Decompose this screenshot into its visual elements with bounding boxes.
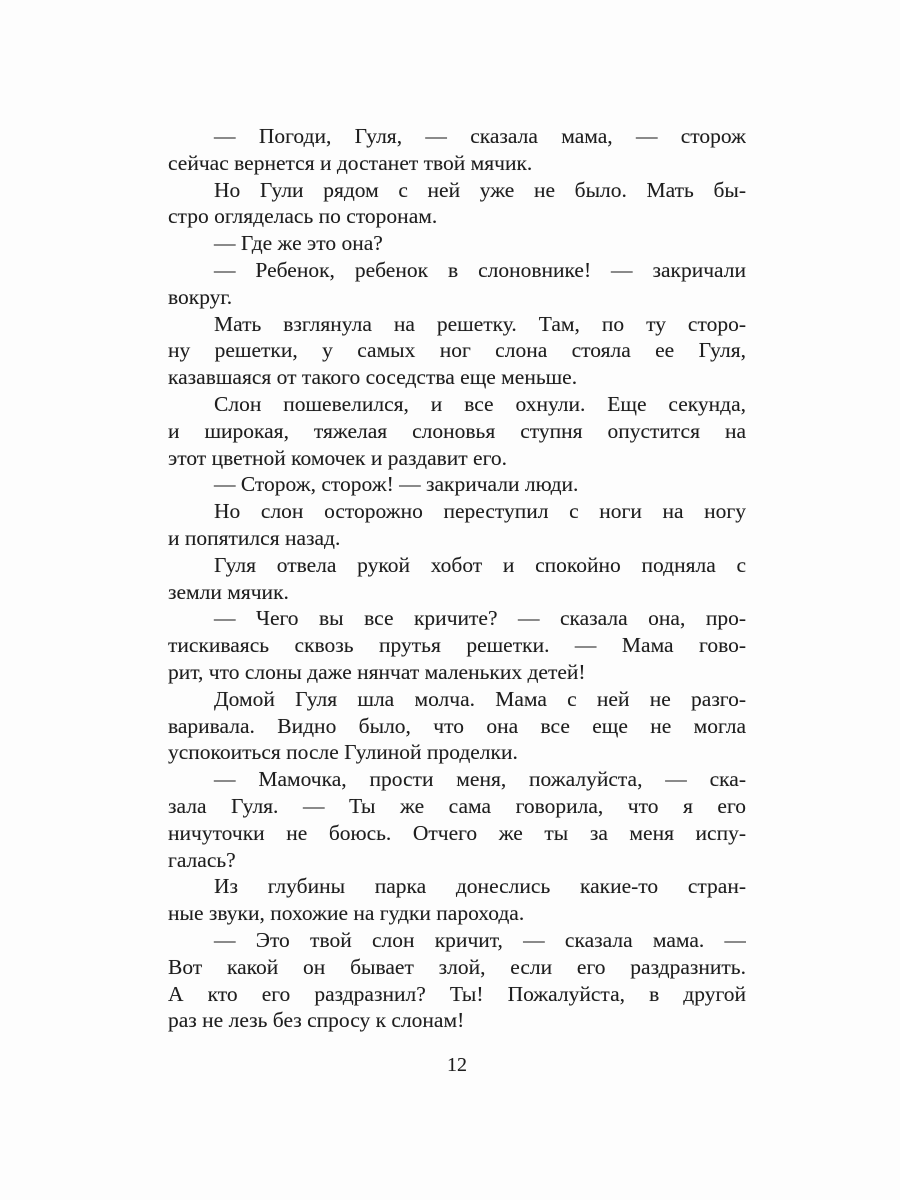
- text-line: — Ребенок, ребенок в слоновнике! — закри…: [168, 257, 746, 284]
- text-line: ные звуки, похожие на гудки парохода.: [168, 900, 746, 927]
- text-line: Вот какой он бывает злой, если его раздр…: [168, 954, 746, 981]
- text-line: А кто его раздразнил? Ты! Пожалуйста, в …: [168, 981, 746, 1008]
- text-line: — Где же это она?: [168, 230, 746, 257]
- text-line: казавшаяся от такого соседства еще меньш…: [168, 364, 746, 391]
- page-number: 12: [168, 1052, 746, 1078]
- book-page: — Погоди, Гуля, — сказала мама, — сторож…: [0, 0, 900, 1200]
- text-line: Но Гули рядом с ней уже не было. Мать бы…: [168, 177, 746, 204]
- text-line: — Мамочка, прости меня, пожалуйста, — ск…: [168, 766, 746, 793]
- text-line: тискиваясь сквозь прутья решетки. — Мама…: [168, 632, 746, 659]
- text-line: ну решетки, у самых ног слона стояла ее …: [168, 337, 746, 364]
- text-line: рит, что слоны даже нянчат маленьких дет…: [168, 659, 746, 686]
- text-line: — Это твой слон кричит, — сказала мама. …: [168, 927, 746, 954]
- text-line: зала Гуля. — Ты же сама говорила, что я …: [168, 793, 746, 820]
- text-line: — Погоди, Гуля, — сказала мама, — сторож: [168, 123, 746, 150]
- text-line: — Сторож, сторож! — закричали люди.: [168, 471, 746, 498]
- text-line: галась?: [168, 847, 746, 874]
- text-line: ничуточки не боюсь. Отчего же ты за меня…: [168, 820, 746, 847]
- text-line: Но слон осторожно переступил с ноги на н…: [168, 498, 746, 525]
- text-line: варивала. Видно было, что она все еще не…: [168, 713, 746, 740]
- text-line: Слон пошевелился, и все охнули. Еще секу…: [168, 391, 746, 418]
- text-block: — Погоди, Гуля, — сказала мама, — сторож…: [168, 123, 746, 1034]
- text-line: Мать взглянула на решетку. Там, по ту ст…: [168, 311, 746, 338]
- text-line: раз не лезь без спросу к слонам!: [168, 1007, 746, 1034]
- text-line: и попятился назад.: [168, 525, 746, 552]
- text-line: успокоиться после Гулиной проделки.: [168, 739, 746, 766]
- text-line: вокруг.: [168, 284, 746, 311]
- text-line: Гуля отвела рукой хобот и спокойно подня…: [168, 552, 746, 579]
- text-line: стро огляделась по сторонам.: [168, 203, 746, 230]
- text-line: этот цветной комочек и раздавит его.: [168, 445, 746, 472]
- text-line: Из глубины парка донеслись какие-то стра…: [168, 873, 746, 900]
- text-line: и широкая, тяжелая слоновья ступня опуст…: [168, 418, 746, 445]
- text-line: земли мячик.: [168, 579, 746, 606]
- text-line: — Чего вы все кричите? — сказала она, пр…: [168, 605, 746, 632]
- text-line: Домой Гуля шла молча. Мама с ней не разг…: [168, 686, 746, 713]
- text-line: сейчас вернется и достанет твой мячик.: [168, 150, 746, 177]
